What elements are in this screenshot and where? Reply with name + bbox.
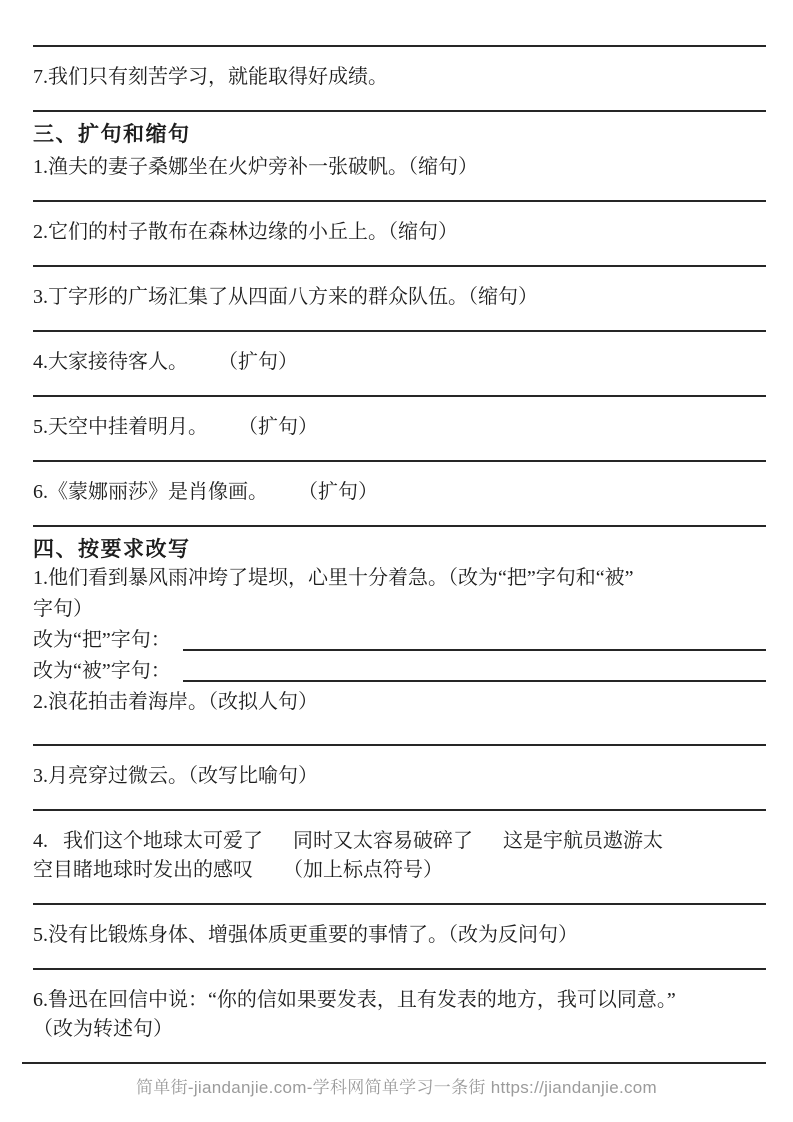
- question-text: 6.《蒙娜丽莎》是肖像画。 （扩句）: [33, 462, 766, 525]
- question-text: 5.没有比锻炼身体、增强体质更重要的事情了。（改为反问句）: [33, 905, 766, 968]
- question-text: 2.它们的村子散布在森林边缘的小丘上。（缩句）: [33, 202, 766, 265]
- worksheet-page: 7.我们只有刻苦学习，就能取得好成绩。三、扩句和缩句1.渔夫的妻子桑娜坐在火炉旁…: [0, 0, 793, 1122]
- question-text: 3.月亮穿过微云。（改写比喻句）: [33, 746, 766, 809]
- answer-blank-line: [183, 680, 766, 682]
- worksheet-content: 7.我们只有刻苦学习，就能取得好成绩。三、扩句和缩句1.渔夫的妻子桑娜坐在火炉旁…: [0, 0, 793, 1064]
- question-text: 1.渔夫的妻子桑娜坐在火炉旁补一张破帆。（缩句）: [33, 148, 766, 200]
- question-text: 3.丁字形的广场汇集了从四面八方来的群众队伍。（缩句）: [33, 267, 766, 330]
- question-text: 4.大家接待客人。 （扩句）: [33, 332, 766, 395]
- footer-watermark-text: 简单街-jiandanjie.com-学科网简单学习一条街 https://ji…: [0, 1073, 793, 1098]
- answer-fill-row: 改为“被”字句：: [33, 656, 766, 687]
- question-text: 2.浪花拍击着海岸。（改拟人句）: [33, 687, 766, 718]
- question-text: 4. 我们这个地球太可爱了 同时又太容易破碎了 这是宇航员遨游太 空目睹地球时发…: [33, 811, 766, 903]
- answer-fill-row: 改为“把”字句：: [33, 625, 766, 656]
- page-footer: 简单街-jiandanjie.com-学科网简单学习一条街 https://ji…: [0, 1073, 793, 1098]
- question-text: 7.我们只有刻苦学习，就能取得好成绩。: [33, 47, 766, 110]
- answer-blank-line: [183, 649, 766, 651]
- section-heading: 四、按要求改写: [33, 527, 766, 563]
- fill-label: 改为“把”字句：: [33, 625, 171, 656]
- fill-label: 改为“被”字句：: [33, 656, 171, 687]
- separator-line: [22, 1062, 766, 1064]
- question-text: 6.鲁迅在回信中说：“你的信如果要发表，且有发表的地方，我可以同意。” （改为转…: [33, 970, 766, 1062]
- section-heading: 三、扩句和缩句: [33, 112, 766, 148]
- question-text: 5.天空中挂着明月。 （扩句）: [33, 397, 766, 460]
- question-text: 1.他们看到暴风雨冲垮了堤坝，心里十分着急。（改为“把”字句和“被” 字句）: [33, 563, 766, 625]
